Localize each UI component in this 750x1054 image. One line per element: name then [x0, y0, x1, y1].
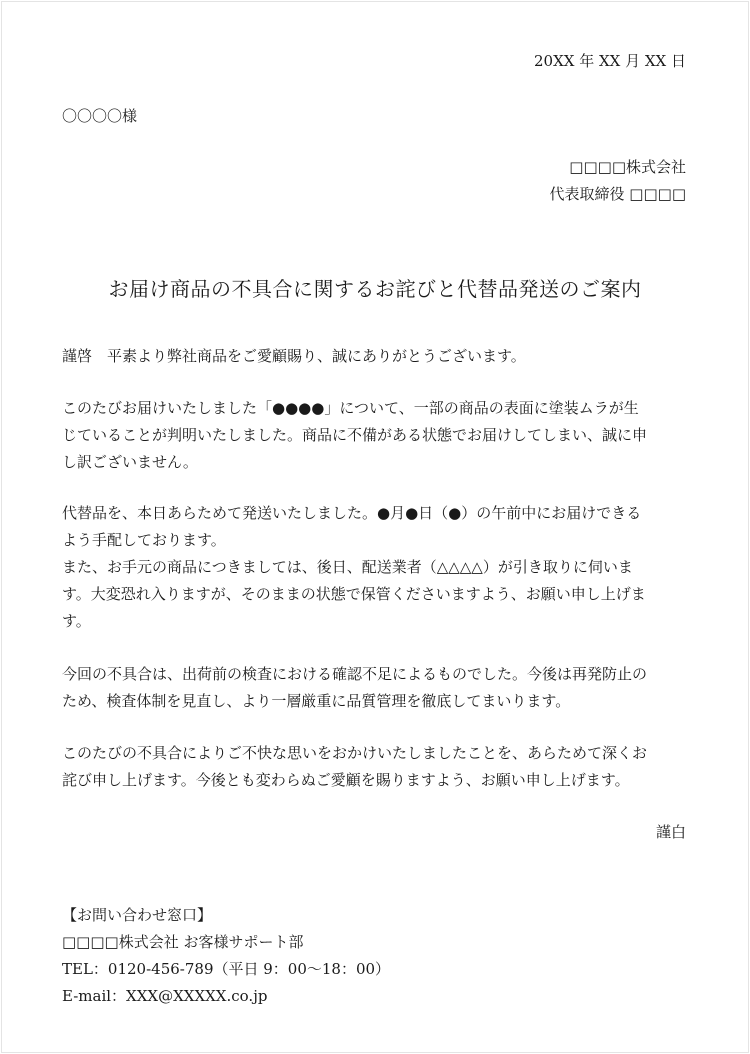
paragraph-issue: このたびお届けいたしました「●●●●」について、一部の商品の表面に塗装ムラが生 …: [62, 395, 692, 476]
paragraph-line: このたびの不具合によりご不快な思いをおかけいたしましたことを、あらためて深くお: [62, 740, 692, 767]
paragraph-apology: このたびの不具合によりご不快な思いをおかけいたしましたことを、あらためて深くお …: [62, 740, 692, 794]
paragraph-line: す。: [62, 608, 692, 635]
paragraph-line: 今回の不具合は、出荷前の検査における確認不足によるものでした。今後は再発防止の: [62, 661, 692, 688]
contact-block: 【お問い合わせ窓口】 □□□□株式会社 お客様サポート部 TEL：0120-45…: [62, 902, 390, 1010]
letter-page: 20XX 年 XX 月 XX 日 〇〇〇〇様 □□□□株式会社 代表取締役 □□…: [1, 1, 749, 1053]
contact-department: □□□□株式会社 お客様サポート部: [62, 929, 390, 956]
paragraph-line: このたびお届けいたしました「●●●●」について、一部の商品の表面に塗装ムラが生: [62, 395, 692, 422]
paragraph-cause: 今回の不具合は、出荷前の検査における確認不足によるものでした。今後は再発防止の …: [62, 661, 692, 715]
paragraph-line: よう手配しております。: [62, 527, 692, 554]
paragraph-line: また、お手元の商品につきましては、後日、配送業者（△△△△）が引き取りに伺いま: [62, 554, 692, 581]
paragraph-line: 詫び申し上げます。今後とも変わらぬご愛顧を賜りますよう、お願い申し上げます。: [62, 767, 692, 794]
paragraph-line: ため、検査体制を見直し、より一層厳重に品質管理を徹底してまいります。: [62, 688, 692, 715]
paragraph-line: じていることが判明いたしました。商品に不備がある状態でお届けしてしまい、誠に申: [62, 422, 692, 449]
sender-company: □□□□株式会社: [569, 157, 686, 177]
sender-representative: 代表取締役 □□□□: [550, 184, 686, 204]
paragraph-line: す。大変恐れ入りますが、そのままの状態で保管くださいますよう、お願い申し上げま: [62, 581, 692, 608]
recipient-name: 〇〇〇〇様: [62, 106, 137, 126]
paragraph-greeting: 謹啓 平素より弊社商品をご愛顧賜り、誠にありがとうございます。: [62, 343, 692, 370]
contact-email: E-mail：XXX@XXXXX.co.jp: [62, 983, 390, 1010]
paragraph-line: 代替品を、本日あらためて発送いたしました。●月●日（●）の午前中にお届けできる: [62, 500, 692, 527]
contact-tel: TEL：0120-456-789（平日 9：00〜18：00）: [62, 956, 390, 983]
letter-title: お届け商品の不具合に関するお詫びと代替品発送のご案内: [2, 275, 748, 303]
closing-word: 謹白: [656, 822, 686, 842]
paragraph-line: 謹啓 平素より弊社商品をご愛顧賜り、誠にありがとうございます。: [62, 343, 692, 370]
letter-date: 20XX 年 XX 月 XX 日: [534, 51, 686, 71]
contact-heading: 【お問い合わせ窓口】: [62, 902, 390, 929]
paragraph-line: し訳ございません。: [62, 449, 692, 476]
paragraph-replacement: 代替品を、本日あらためて発送いたしました。●月●日（●）の午前中にお届けできる …: [62, 500, 692, 635]
